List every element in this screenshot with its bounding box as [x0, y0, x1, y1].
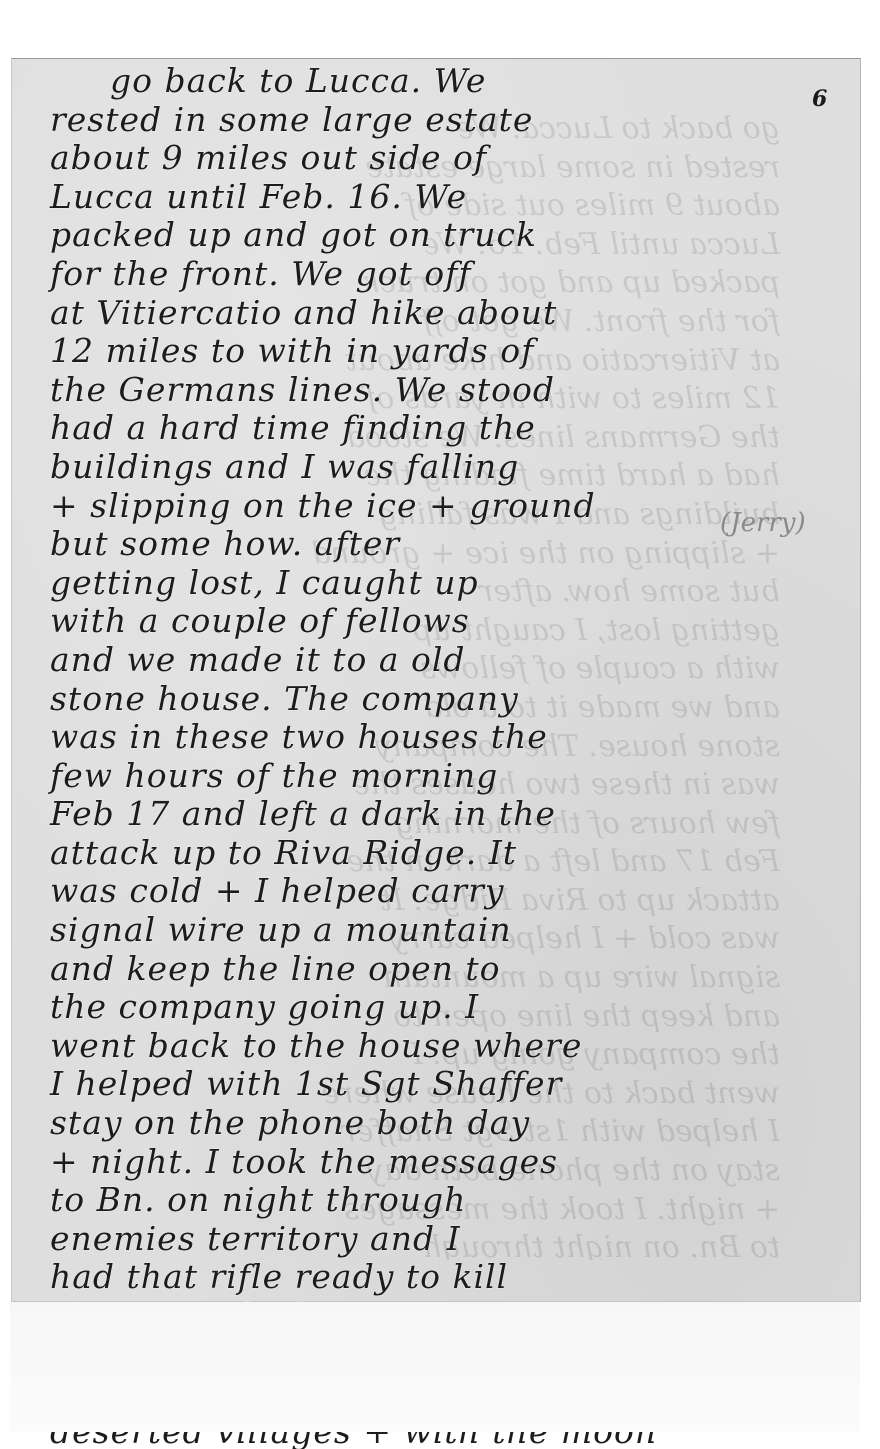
text-line: and we made it to a old	[50, 641, 810, 680]
text-line: stone house. The company	[50, 680, 810, 719]
text-line: + night. I took the messages	[50, 1143, 810, 1182]
text-line: enemies territory and I	[50, 1220, 810, 1259]
text-line: stay on the phone both day	[50, 1104, 810, 1143]
page-number: 6	[812, 86, 827, 112]
text-line: but some how. after	[50, 525, 810, 564]
scan-background	[10, 1302, 860, 1432]
text-line: 12 miles to with in yards of	[50, 332, 810, 371]
text-line: at Vitiercatio and hike about	[50, 294, 810, 333]
text-line: attack up to Riva Ridge. It	[50, 834, 810, 873]
text-line: was in these two houses the	[50, 718, 810, 757]
text-line: and keep the line open to	[50, 950, 810, 989]
text-line: about 9 miles out side of	[50, 139, 810, 178]
text-line: to Bn. on night through	[50, 1181, 810, 1220]
text-line: had a hard time finding the	[50, 409, 810, 448]
text-line: packed up and got on truck	[50, 216, 810, 255]
text-line: went back to the house where	[50, 1027, 810, 1066]
text-line: signal wire up a mountain	[50, 911, 810, 950]
text-line: Lucca until Feb. 16. We	[50, 178, 810, 217]
text-line: was cold + I helped carry	[50, 872, 810, 911]
text-line: for the front. We got off	[50, 255, 810, 294]
text-line: with a couple of fellows	[50, 602, 810, 641]
text-line: had that rifle ready to kill	[50, 1258, 810, 1297]
text-line: getting lost, I caught up	[50, 564, 810, 603]
text-line: few hours of the morning	[50, 757, 810, 796]
text-line: + slipping on the ice + ground	[50, 487, 810, 526]
handwritten-lines: go back to Lucca. We rested in some larg…	[50, 62, 810, 1449]
text-line: rested in some large estate	[50, 101, 810, 140]
text-line: the Germans lines. We stood	[50, 371, 810, 410]
text-line: Feb 17 and left a dark in the	[50, 795, 810, 834]
margin-annotation: (Jerry)	[720, 508, 806, 538]
text-line: buildings and I was falling	[50, 448, 810, 487]
text-line: I helped with 1st Sgt Shaffer	[50, 1065, 810, 1104]
text-line: go back to Lucca. We	[50, 62, 810, 101]
text-line: the company going up. I	[50, 988, 810, 1027]
